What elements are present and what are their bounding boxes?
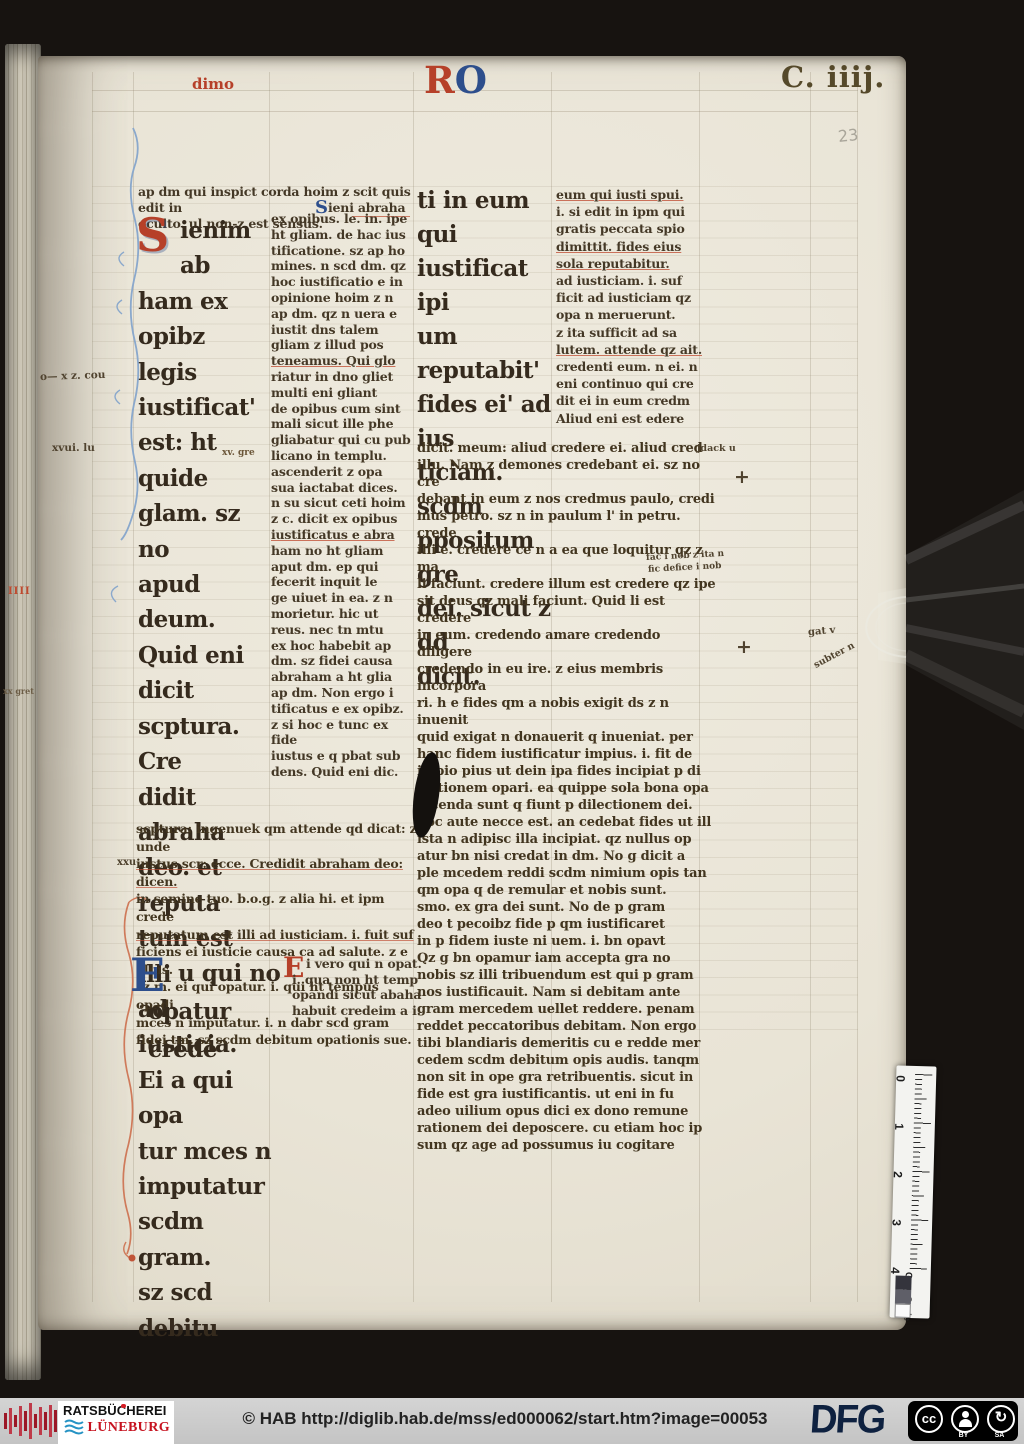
footer-bar: RATSBÜCHEREI LÜNEBURG © HAB http://digli… <box>0 1398 1024 1444</box>
ruler-number: 0 <box>893 1075 907 1082</box>
ruler-number: 2 <box>891 1171 905 1178</box>
cc-license-badge: cc ↻ BY SA <box>908 1401 1018 1441</box>
cc-by-label: BY <box>949 1432 978 1439</box>
dfg-logo: DFG <box>808 1398 885 1443</box>
cc-sa-icon: ↻ <box>987 1405 1015 1433</box>
red-umlaut-dot <box>121 1404 126 1408</box>
ruler-number: 3 <box>889 1219 903 1226</box>
cc-sa-label: SA <box>985 1432 1014 1439</box>
library-city: LÜNEBURG <box>87 1420 170 1436</box>
copyright-text: © HAB http://diglib.hab.de/mss/ed000062/… <box>180 1409 830 1429</box>
grayscale-ruler: 0 1 2 3 4 Gray Scale <box>889 1065 936 1318</box>
library-bars-icon <box>4 1401 57 1441</box>
ruler-ticks-major <box>910 1074 932 1271</box>
gray-patch-mid <box>895 1290 911 1304</box>
gray-patch-dark <box>895 1276 911 1290</box>
ruler-number: 4 <box>888 1267 902 1274</box>
cc-icon: cc <box>915 1405 943 1433</box>
library-logo: RATSBÜCHEREI LÜNEBURG <box>58 1401 174 1444</box>
cc-by-icon <box>951 1405 979 1433</box>
library-name: RATSBÜCHEREI <box>63 1403 170 1418</box>
film-strip-overlay <box>0 0 1024 1444</box>
gray-patch-white <box>894 1304 910 1318</box>
digitized-manuscript-scan: dimo RO C. iiij. 23 ap dm qui inspict co… <box>0 0 1024 1444</box>
library-wave-icon <box>63 1419 84 1437</box>
ruler-number: 1 <box>892 1123 906 1130</box>
